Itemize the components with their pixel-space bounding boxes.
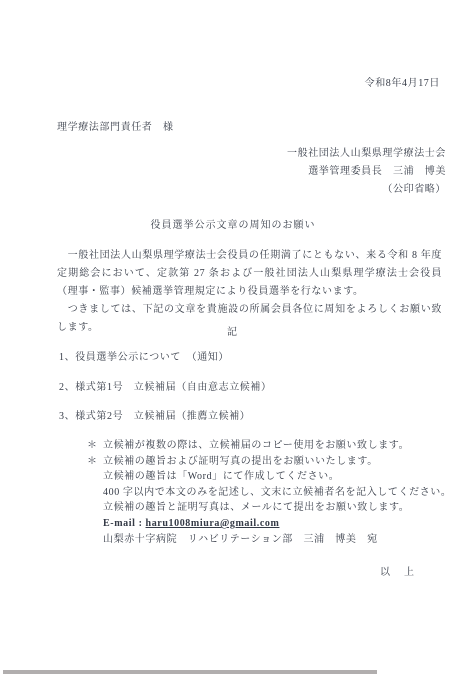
note-marker-blank xyxy=(87,516,103,532)
note-row: 立候補の趣旨は「Word」にて作成してください。 xyxy=(87,469,454,485)
note-text: 400 字以内で本文のみを記述し、文末に立候補者名を記入してください。 xyxy=(103,485,452,501)
note-text: 立候補の趣旨および証明写真の提出をお願いいたします。 xyxy=(103,454,378,470)
sender-organization: 一般社団法人山梨県理学療法士会 xyxy=(57,145,446,163)
note-row: 400 字以内で本文のみを記述し、文末に立候補者名を記入してください。 xyxy=(87,485,454,501)
document-page: 令和8年4月17日 理学療法部門責任者 様 一般社団法人山梨県理学療法士会 選挙… xyxy=(0,0,474,676)
email-link[interactable]: haru1008miura@gmail.com xyxy=(146,518,280,529)
page-bottom-edge xyxy=(3,670,377,674)
note-row: 立候補の趣旨と証明写真は、メールにて提出をお願い致します。 xyxy=(87,500,454,516)
note-marker-blank xyxy=(87,469,103,485)
enclosure-list: 1、役員選挙公示について （通知） 2、様式第1号 立候補届（自由意志立候補） … xyxy=(59,352,272,441)
note-text: 立候補の趣旨は「Word」にて作成してください。 xyxy=(103,469,339,485)
note-text: 立候補が複数の際は、立候補届のコピー使用をお願い致します。 xyxy=(103,438,409,454)
note-marker-blank xyxy=(87,485,103,501)
mail-recipient: 山梨赤十字病院 リハビリテーション部 三浦 博美 宛 xyxy=(103,532,378,548)
closing-phrase: 以 上 xyxy=(380,565,416,580)
email-label: E-mail : xyxy=(103,518,143,529)
note-row: ＊ 立候補が複数の際は、立候補届のコピー使用をお願い致します。 xyxy=(87,438,454,454)
list-item-3: 3、様式第2号 立候補届（推薦立候補） xyxy=(59,411,272,423)
body-paragraphs: 一般社団法人山梨県理学療法士会役員の任期満了にともない、来る令和 8 年度定期総… xyxy=(57,247,442,337)
seal-omitted-note: （公印省略） xyxy=(57,181,446,199)
sender-role-and-name: 選挙管理委員長 三浦 博美 xyxy=(57,163,446,181)
note-marker-blank xyxy=(87,500,103,516)
list-item-1: 1、役員選挙公示について （通知） xyxy=(59,352,272,364)
note-row: ＊ 立候補の趣旨および証明写真の提出をお願いいたします。 xyxy=(87,454,454,470)
document-date: 令和8年4月17日 xyxy=(57,76,440,91)
record-heading: 記 xyxy=(0,325,466,340)
note-marker-blank xyxy=(87,532,103,548)
notes-block: ＊ 立候補が複数の際は、立候補届のコピー使用をお願い致します。 ＊ 立候補の趣旨… xyxy=(87,438,454,547)
sender-block: 一般社団法人山梨県理学療法士会 選挙管理委員長 三浦 博美 （公印省略） xyxy=(57,145,446,199)
document-title: 役員選挙公示文章の周知のお願い xyxy=(0,218,466,233)
note-text: 立候補の趣旨と証明写真は、メールにて提出をお願い致します。 xyxy=(103,500,409,516)
asterisk-marker: ＊ xyxy=(87,454,103,470)
mail-recipient-row: 山梨赤十字病院 リハビリテーション部 三浦 博美 宛 xyxy=(87,532,454,548)
recipient-line: 理学療法部門責任者 様 xyxy=(57,120,174,135)
email-row: E-mail :haru1008miura@gmail.com xyxy=(87,516,454,532)
asterisk-marker: ＊ xyxy=(87,438,103,454)
email-line: E-mail :haru1008miura@gmail.com xyxy=(103,516,279,532)
list-item-2: 2、様式第1号 立候補届（自由意志立候補） xyxy=(59,382,272,394)
body-paragraph-1: 一般社団法人山梨県理学療法士会役員の任期満了にともない、来る令和 8 年度定期総… xyxy=(57,247,442,301)
